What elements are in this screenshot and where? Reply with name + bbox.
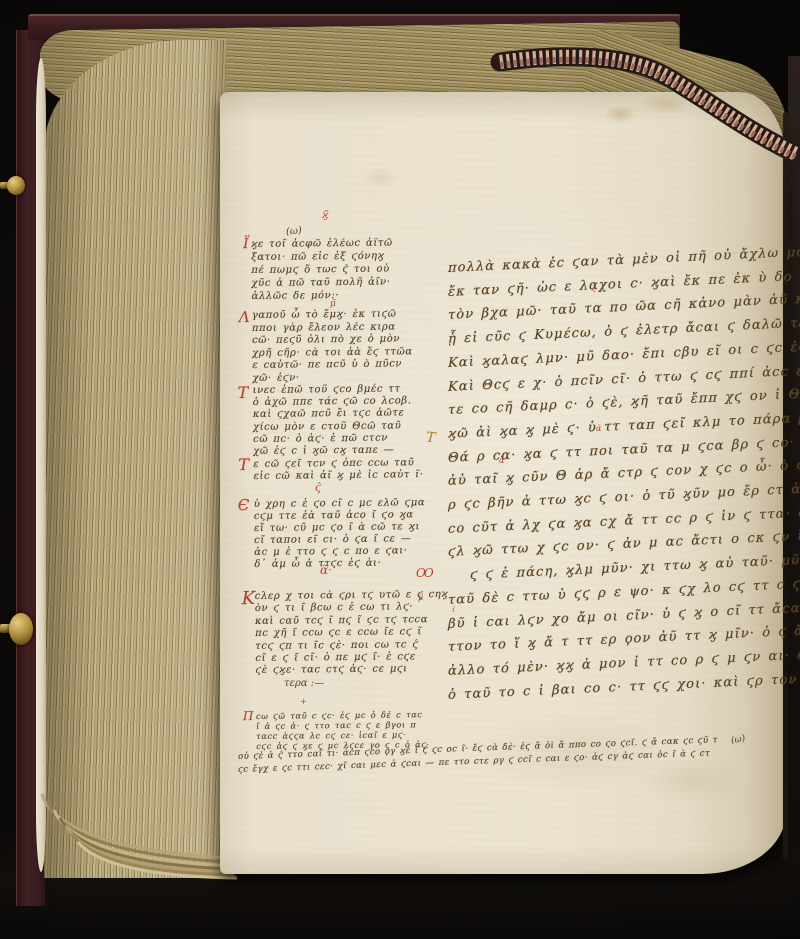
manuscript-photo-scene: Ϊϗε τοῖ ἀϲφῶ ἐλέωϲ ἀϊτῶξατοι· πῶ εἰϲ ἐξ … — [0, 0, 800, 939]
cross-mark: + — [300, 697, 307, 706]
red-dot-line2: ϛ̈ — [592, 285, 596, 293]
red-mark-line15b: ϊ — [452, 606, 455, 614]
tau-marginal: Τ — [425, 430, 436, 447]
red-mark-line9: ἄ — [499, 456, 504, 465]
alpha-mark: ᾶ· — [320, 563, 332, 577]
bottom-full-width-lines: οὐ ϛὲ ἀ ϛ́ ττο ϲαῖ τι· ἀϲπ ϛϲο ϙγ ϗὲ ῖ ϛ… — [238, 0, 783, 939]
coronis-top: (ω) — [285, 225, 302, 238]
quire-mark: ϗ̃ — [322, 210, 328, 221]
red-mark-line8: ά — [596, 424, 601, 433]
rubric-oo: ΟΟ — [416, 566, 432, 580]
stigma-mark: ϛ́ — [315, 481, 321, 494]
red-mark-line15: μ̈ — [418, 593, 423, 602]
paragraph-mark: μ̃ — [330, 299, 336, 309]
paragraphos: τερα :— — [284, 678, 324, 689]
manuscript-text-layer: Ϊϗε τοῖ ἀϲφῶ ἐλέωϲ ἀϊτῶξατοι· πῶ εἰϲ ἐξ … — [0, 0, 800, 939]
